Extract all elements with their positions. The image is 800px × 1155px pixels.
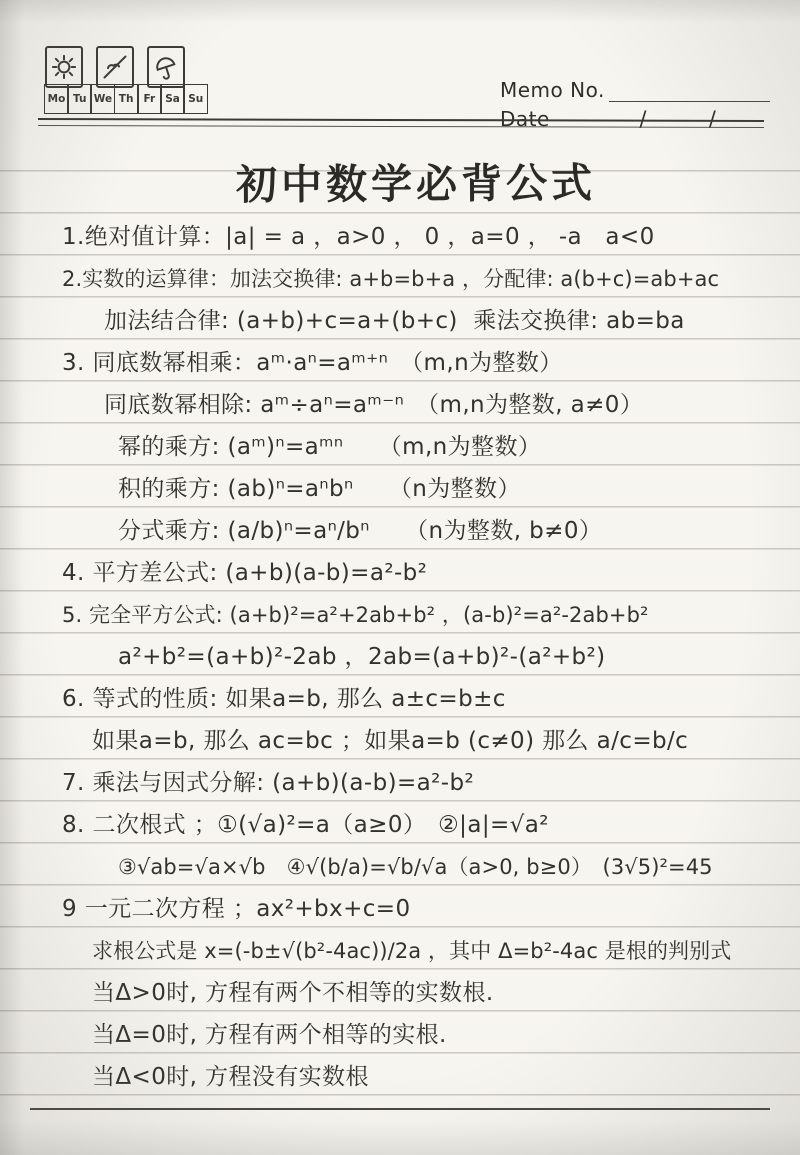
weekday-box-th: Th <box>114 84 139 114</box>
formula-line-11: a²+b²=(a+b)²-2ab ，2ab=(a+b)²-(a²+b²) <box>62 634 770 676</box>
weekday-strip: Mo Tu We Th Fr Sa Su <box>44 84 206 114</box>
formula-line-13: 如果a=b, 那么 ac=bc ；如果a=b (c≠0) 那么 a/c=b/c <box>62 718 770 760</box>
weekday-box-we: We <box>90 84 115 114</box>
formula-line-16: ③√ab=√a×√b ④√(b/a)=√b/√a（a>0, b≥0） (3√5)… <box>62 844 770 886</box>
formula-line-6: 幂的乘方: (aᵐ)ⁿ=aᵐⁿ （m,n为整数） <box>62 424 770 466</box>
umbrella-icon <box>148 48 184 85</box>
ruled-note-sheet: 初中数学必背公式 1.绝对值计算：|a| = a ，a>0 ， 0 ，a=0 ，… <box>0 130 800 1112</box>
formula-line-4: 3. 同底数幂相乘：aᵐ·aⁿ=aᵐ⁺ⁿ （m,n为整数） <box>62 340 770 382</box>
weekday-box-su: Su <box>183 84 208 114</box>
formula-line-20: 当Δ=0时, 方程有两个相等的实根. <box>62 1012 770 1054</box>
weather-umbrella-box <box>147 46 185 88</box>
weather-sun-box <box>45 46 83 88</box>
memo-no-blank-line <box>609 80 770 102</box>
formula-line-1: 1.绝对值计算：|a| = a ，a>0 ， 0 ，a=0 ， -a a<0 <box>62 214 770 256</box>
formula-line-12: 6. 等式的性质: 如果a=b, 那么 a±c=b±c <box>62 676 770 718</box>
weekday-box-mo: Mo <box>44 84 69 114</box>
formula-line-10: 5. 完全平方公式: (a+b)²=a²+2ab+b² ，(a-b)²=a²-2… <box>62 592 770 634</box>
formula-line-14: 7. 乘法与因式分解: (a+b)(a-b)=a²-b² <box>62 760 770 802</box>
note-title: 初中数学必背公式 <box>236 150 596 211</box>
formula-line-5: 同底数幂相除: aᵐ÷aⁿ=aᵐ⁻ⁿ （m,n为整数, a≠0） <box>62 382 770 424</box>
weekday-box-fr: Fr <box>137 84 162 114</box>
formula-line-9: 4. 平方差公式: (a+b)(a-b)=a²-b² <box>62 550 770 592</box>
formula-line-19: 当Δ>0时, 方程有两个不相等的实数根. <box>62 970 770 1012</box>
formula-line-3: 加法结合律: (a+b)+c=a+(b+c) 乘法交换律: ab=ba <box>62 298 770 340</box>
formula-line-18: 求根公式是 x=(-b±√(b²-4ac))/2a ，其中 Δ=b²-4ac 是… <box>62 928 770 970</box>
sun-icon <box>50 52 78 82</box>
memo-pad-header: Mo Tu We Th Fr Sa Su Memo No. Date / / <box>0 0 800 132</box>
memo-no-label: Memo No. <box>500 78 605 102</box>
weekday-box-tu: Tu <box>67 84 92 114</box>
header-double-rule <box>38 118 764 128</box>
weather-cloudy-box <box>96 46 134 88</box>
formula-line-21: 当Δ<0时, 方程没有实数根 <box>62 1054 770 1096</box>
partly-cloudy-icon <box>101 52 129 82</box>
formula-line-15: 8. 二次根式 ；①(√a)²=a（a≥0） ②|a|=√a² <box>62 802 770 844</box>
weekday-box-sa: Sa <box>160 84 185 114</box>
formula-line-8: 分式乘方: (a/b)ⁿ=aⁿ/bⁿ （n为整数, b≠0） <box>62 508 770 550</box>
weather-icon-group <box>45 46 185 88</box>
formula-line-7: 积的乘方: (ab)ⁿ=aⁿbⁿ （n为整数） <box>62 466 770 508</box>
formula-line-17: 9 一元二次方程 ；ax²+bx+c=0 <box>62 886 770 928</box>
memo-page: Mo Tu We Th Fr Sa Su Memo No. Date / / <box>0 0 800 1155</box>
formula-line-2: 2.实数的运算律：加法交换律: a+b=b+a ，分配律: a(b+c)=ab+… <box>62 256 770 298</box>
